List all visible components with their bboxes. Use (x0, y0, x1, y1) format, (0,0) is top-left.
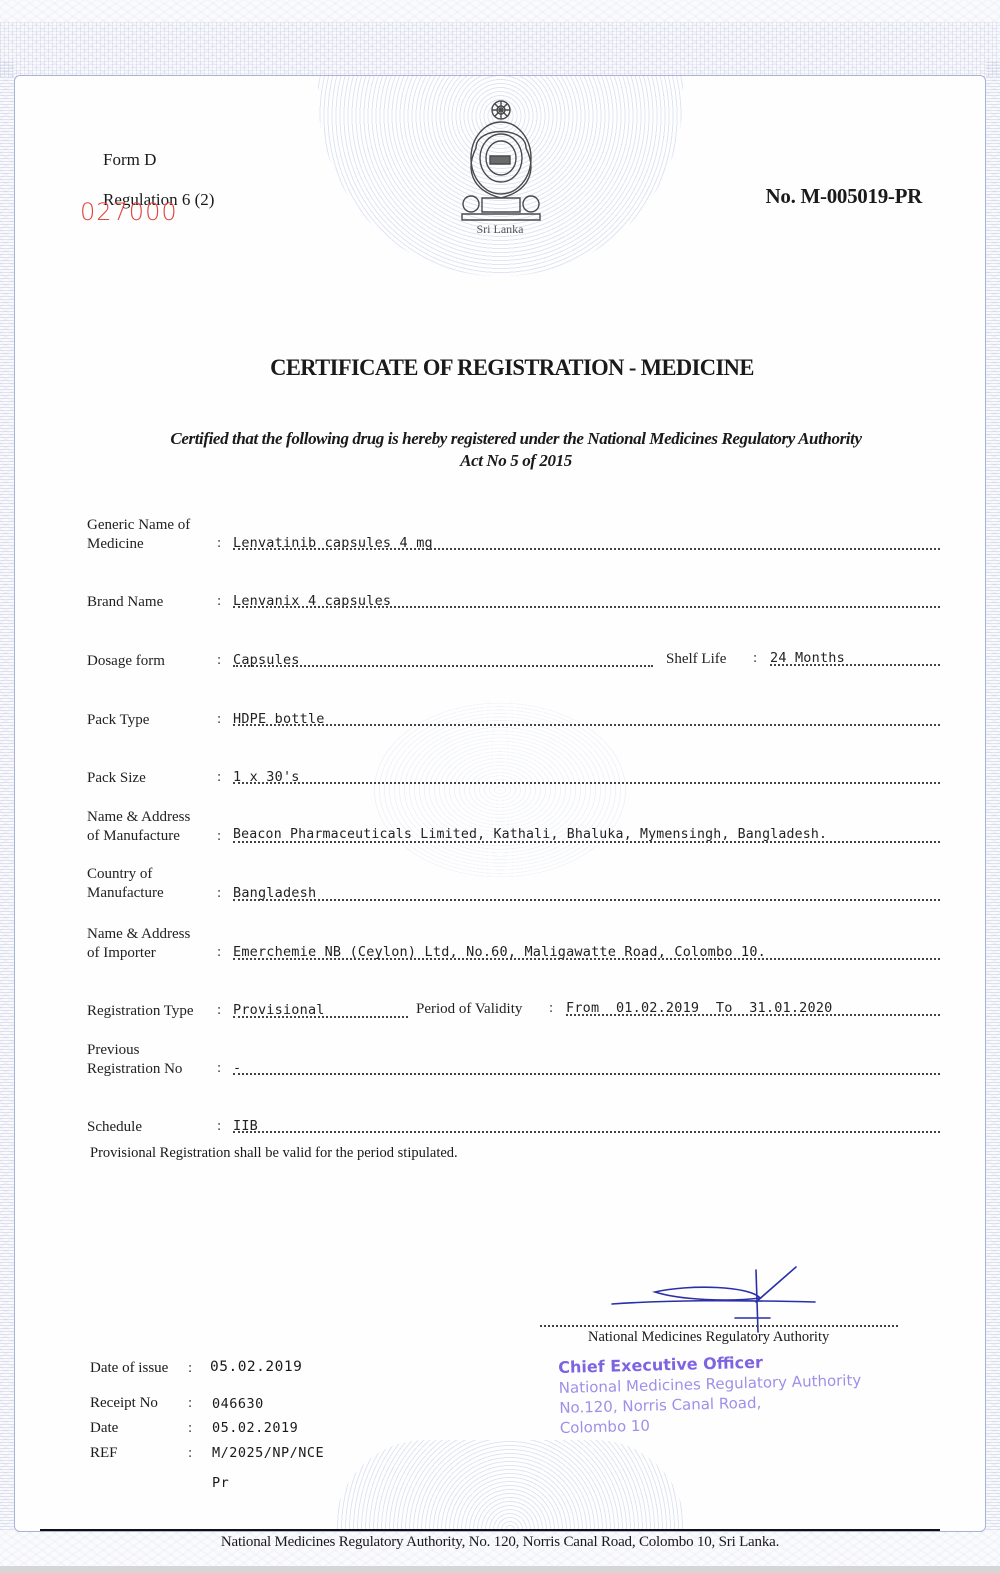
dotted-underline (233, 724, 940, 726)
date-label: Date (90, 1420, 118, 1437)
receipt-no-value: 046630 (212, 1396, 264, 1412)
dotted-underline (233, 1073, 940, 1075)
colon: : (549, 1000, 553, 1017)
schedule-label: Schedule (87, 1118, 142, 1137)
guilloche-top-band (0, 22, 1000, 77)
colon: : (753, 650, 757, 667)
colon: : (188, 1395, 192, 1412)
colon: : (217, 711, 221, 728)
official-stamp: Chief Executive Officer National Medicin… (558, 1350, 863, 1438)
colon: : (217, 652, 221, 669)
ref-value-line2: Pr (212, 1475, 229, 1491)
certificate-title: CERTIFICATE OF REGISTRATION - MEDICINE (10, 355, 1000, 381)
dotted-underline (233, 899, 940, 901)
colon: : (217, 1118, 221, 1135)
certification-statement-line1: Certified that the following drug is her… (60, 428, 972, 450)
previous-registration-label: Previous Registration No (87, 1041, 182, 1079)
footer-rule (40, 1529, 940, 1531)
dotted-underline (233, 606, 940, 608)
colon: : (217, 593, 221, 610)
emblem-caption: Sri Lanka (440, 222, 560, 237)
colon: : (188, 1445, 192, 1462)
date-of-issue-value: 05.02.2019 (210, 1359, 302, 1375)
certification-statement-line2: Act No 5 of 2015 (60, 450, 972, 472)
dosage-form-label: Dosage form (87, 652, 165, 671)
colon: : (217, 1002, 221, 1019)
dotted-underline (233, 958, 940, 960)
dotted-underline (233, 548, 940, 550)
pack-size-label: Pack Size (87, 769, 146, 788)
colon: : (217, 828, 221, 845)
colon: : (188, 1360, 192, 1377)
colon: : (217, 885, 221, 902)
guilloche-right-band (986, 60, 1000, 1530)
certificate-number: No. M-005019-PR (650, 184, 922, 209)
certification-statement: Certified that the following drug is her… (60, 428, 972, 472)
colon: : (217, 944, 221, 961)
dotted-underline (233, 1016, 408, 1018)
guilloche-left-band (0, 60, 14, 1530)
serial-number-stamp: 027000 (80, 198, 178, 226)
sri-lanka-emblem-icon (458, 98, 544, 226)
manufacturer-label: Name & Address of Manufacture (87, 808, 190, 846)
brand-name-label: Brand Name (87, 593, 163, 612)
dotted-underline (233, 782, 940, 784)
dotted-underline (233, 841, 940, 843)
pack-type-label: Pack Type (87, 711, 149, 730)
colon: : (188, 1420, 192, 1437)
date-value: 05.02.2019 (212, 1420, 298, 1436)
registration-type-label: Registration Type (87, 1002, 194, 1021)
dotted-underline (233, 665, 653, 667)
provisional-note: Provisional Registration shall be valid … (90, 1145, 458, 1162)
signature-line (540, 1325, 898, 1327)
colon: : (217, 1060, 221, 1077)
dotted-underline (566, 1014, 940, 1016)
dotted-underline (233, 1131, 940, 1133)
ref-label: REF (90, 1445, 118, 1462)
dotted-underline (770, 664, 940, 666)
receipt-no-label: Receipt No (90, 1395, 158, 1412)
guilloche-rosette-bottom (335, 1440, 685, 1530)
country-label: Country of Manufacture (87, 865, 164, 903)
ref-value: M/2025/NP/NCE (212, 1445, 324, 1461)
manufacturer-value: Beacon Pharmaceuticals Limited, Kathali,… (233, 827, 827, 842)
validity-label: Period of Validity (416, 1000, 522, 1019)
generic-name-label: Generic Name of Medicine (87, 516, 190, 554)
guilloche-watermark-center (370, 700, 630, 880)
date-of-issue-label: Date of issue (90, 1360, 168, 1377)
footer-address: National Medicines Regulatory Authority,… (0, 1534, 1000, 1551)
scan-bottom-edge (0, 1566, 1000, 1573)
colon: : (217, 535, 221, 552)
form-label: Form D (103, 150, 156, 170)
colon: : (217, 769, 221, 786)
signature-caption: National Medicines Regulatory Authority (588, 1329, 829, 1346)
importer-label: Name & Address of Importer (87, 925, 190, 963)
shelf-life-label: Shelf Life (666, 650, 726, 669)
